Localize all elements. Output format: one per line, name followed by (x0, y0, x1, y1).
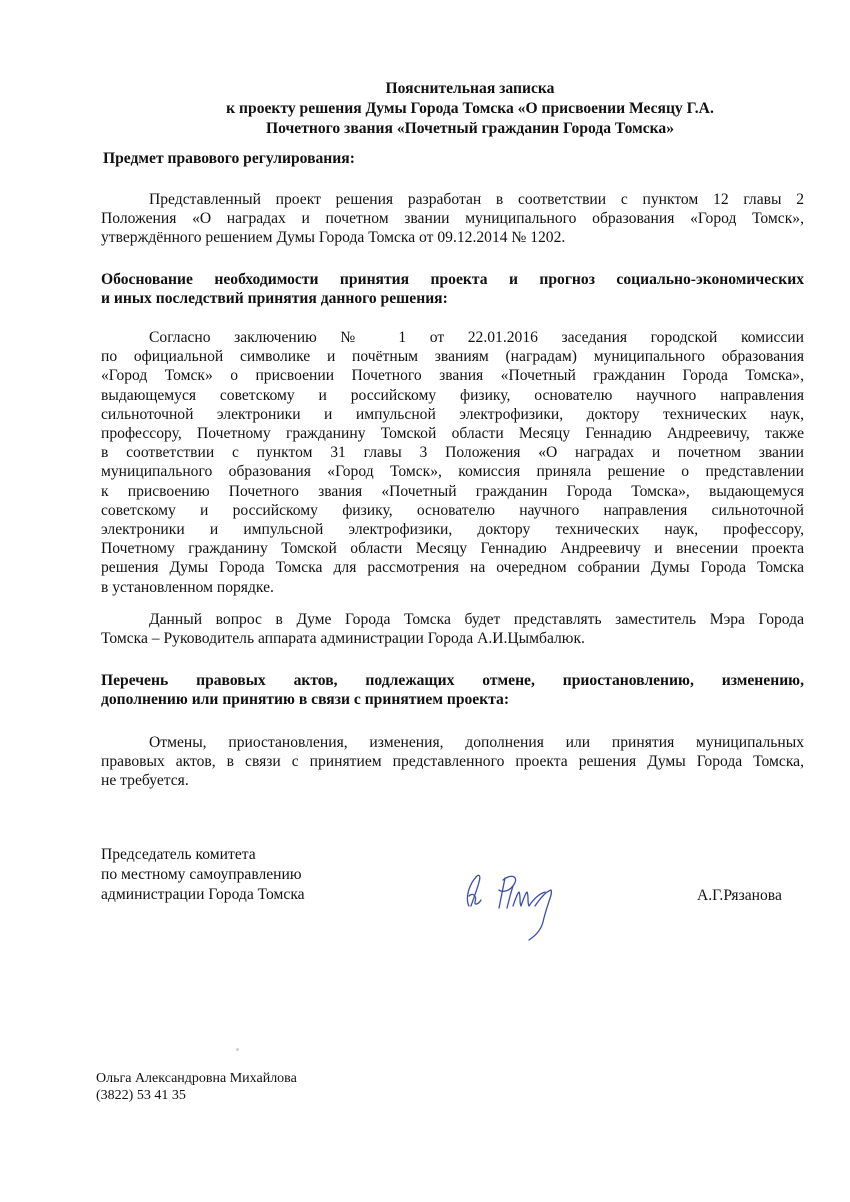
paragraph-line: электроники и импульсной электрофизики, … (101, 520, 804, 539)
paragraph-line: сильноточной электроники и импульсной эл… (101, 405, 804, 424)
title-line-1: Пояснительная записка (150, 79, 790, 99)
signatory-position-line: по местному самоуправлению (101, 865, 305, 885)
paragraph-line: по официальной символике и почётным зван… (101, 347, 804, 366)
paragraph-presenter: Данный вопрос в Думе Города Томска будет… (101, 610, 804, 648)
paragraph-line: Согласно заключению № 1 от 22.01.2016 за… (101, 328, 804, 347)
paragraph-line: советскому и российскому физику, основат… (101, 501, 804, 520)
paragraph-line: не требуется. (101, 771, 804, 790)
section-heading-justification: Обоснование необходимости принятия проек… (101, 270, 804, 308)
document-page: Пояснительная записка к проекту решения … (0, 0, 850, 1202)
contact-name: Ольга Александровна Михайлова (96, 1070, 297, 1087)
section-heading-subject: Предмет правового регулирования: (103, 149, 806, 168)
paragraph-line: Томска – Руководитель аппарата администр… (101, 629, 804, 648)
paragraph-line: выдающемуся советскому и российскому физ… (101, 386, 804, 405)
title-line-3: Почетного звания «Почетный гражданин Гор… (150, 119, 790, 139)
signatory-position-line: администрации Города Томска (101, 885, 305, 905)
paragraph-line: Положения «О наградах и почетном звании … (101, 209, 804, 228)
paragraph-subject: Представленный проект решения разработан… (101, 190, 804, 248)
paragraph-line: профессору, Почетному гражданину Томской… (101, 424, 804, 443)
paragraph-line: решения Думы Города Томска для рассмотре… (101, 558, 804, 577)
heading-line: Перечень правовых актов, подлежащих отме… (101, 671, 804, 690)
heading-line: дополнению или принятию в связи с принят… (101, 690, 804, 709)
signatory-position-line: Председатель комитета (101, 845, 305, 865)
paragraph-line: «Город Томск» о присвоении Почетного зва… (101, 366, 804, 385)
paragraph-line: муниципального образования «Город Томск»… (101, 462, 804, 481)
document-title: Пояснительная записка к проекту решения … (150, 79, 790, 139)
paragraph-line: утверждённого решением Думы Города Томск… (101, 228, 804, 247)
signatory-position: Председатель комитета по местному самоуп… (101, 845, 305, 905)
scan-speck (236, 1048, 239, 1051)
paragraph-justification: Согласно заключению № 1 от 22.01.2016 за… (101, 328, 804, 597)
paragraph-line: Представленный проект решения разработан… (101, 190, 804, 209)
heading-line: и иных последствий принятия данного реше… (101, 289, 804, 308)
contact-block: Ольга Александровна Михайлова (3822) 53 … (96, 1070, 297, 1104)
paragraph-line: к присвоению Почетного звания «Почетный … (101, 482, 804, 501)
paragraph-line: в установленном порядке. (101, 578, 804, 597)
heading-line: Обоснование необходимости принятия проек… (101, 270, 804, 289)
title-line-2: к проекту решения Думы Города Томска «О … (150, 99, 790, 119)
paragraph-legal-acts: Отмены, приостановления, изменения, допо… (101, 733, 804, 791)
paragraph-line: правовых актов, в связи с принятием пред… (101, 752, 804, 771)
handwritten-signature-icon (455, 862, 605, 942)
contact-phone: (3822) 53 41 35 (96, 1087, 297, 1104)
paragraph-line: Данный вопрос в Думе Города Томска будет… (101, 610, 804, 629)
signatory-name: А.Г.Рязанова (697, 886, 782, 906)
section-heading-legal-acts: Перечень правовых актов, подлежащих отме… (101, 671, 804, 709)
paragraph-line: Отмены, приостановления, изменения, допо… (101, 733, 804, 752)
paragraph-line: Почетному гражданину Томской области Мес… (101, 539, 804, 558)
paragraph-line: в соответствии с пунктом 31 главы 3 Поло… (101, 443, 804, 462)
